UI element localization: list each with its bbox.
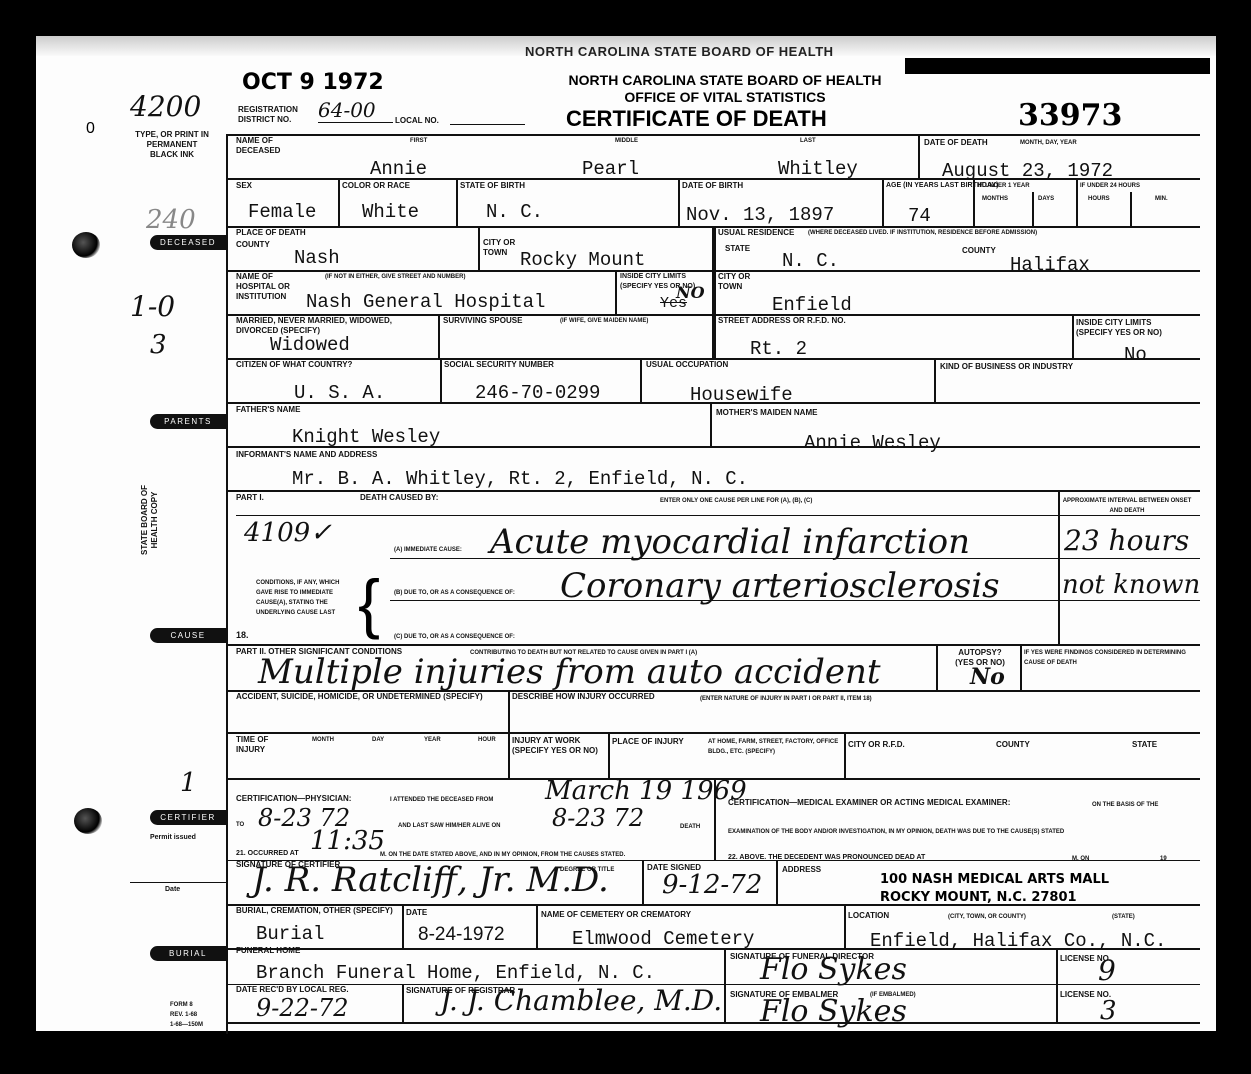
middle-name: Pearl	[582, 158, 639, 180]
sex-label: SEX	[236, 181, 252, 191]
spouse-hint: (IF WIFE, GIVE MAIDEN NAME)	[560, 316, 648, 326]
hospital: Nash General Hospital	[306, 291, 545, 313]
received-stamp: OCT 9 1972	[242, 70, 384, 95]
cause-a-label: (a) IMMEDIATE CAUSE:	[394, 545, 462, 555]
tab-burial: BURIAL	[150, 946, 226, 961]
form-title: CERTIFICATE OF DEATH	[566, 106, 827, 132]
business-label: KIND OF BUSINESS OR INDUSTRY	[940, 362, 1073, 372]
date-label: Date	[165, 885, 180, 895]
sex: Female	[248, 201, 316, 223]
death-label: DEATH	[680, 822, 700, 832]
me-label: CERTIFICATION—MEDICAL EXAMINER OR ACTING…	[728, 798, 1010, 808]
injury-at-work-label: INJURY AT WORK (SPECIFY YES OR NO)	[512, 736, 607, 756]
address-line2: ROCKY MOUNT, N.C. 27801	[880, 890, 1077, 905]
marital-label: MARRIED, NEVER MARRIED, WIDOWED, DIVORCE…	[236, 316, 436, 336]
time-of-injury-label: TIME OF INJURY	[236, 735, 286, 755]
cause-b-label: (b) DUE TO, OR AS A CONSEQUENCE OF:	[394, 588, 515, 598]
margin-mark: 0	[86, 120, 95, 138]
registration-label: REGISTRATION DISTRICT NO.	[238, 105, 318, 125]
other-conditions: Multiple injuries from auto accident	[258, 652, 881, 692]
occurred-label: 21. OCCURRED AT	[236, 849, 299, 859]
cemetery-label: NAME OF CEMETERY OR CREMATORY	[541, 910, 691, 920]
res-county-label: COUNTY	[962, 246, 996, 256]
me-text1: ON THE BASIS OF THE	[1092, 800, 1158, 810]
res-inside-city-label: INSIDE CITY LIMITS (SPECIFY YES OR NO)	[1076, 318, 1176, 338]
attended-from: March 19 1969	[545, 776, 747, 806]
funeral-home: Branch Funeral Home, Enfield, N. C.	[256, 962, 655, 984]
residence-city: Enfield	[772, 294, 852, 316]
state-of-birth: N. C.	[486, 201, 543, 223]
place-of-injury-label: PLACE OF INJURY	[612, 737, 684, 747]
occurred-time: 11:35	[310, 826, 385, 856]
ink-instruction: TYPE, OR PRINT INPERMANENTBLACK INK	[122, 130, 222, 160]
name-label: NAME OF DECEASED	[236, 136, 296, 156]
date-of-death-label: DATE OF DEATH	[924, 138, 988, 148]
item-18: 18.	[236, 630, 249, 640]
cause-b-interval: not known	[1062, 570, 1200, 600]
attended-from-label: I ATTENDED THE DECEASED FROM	[390, 795, 493, 805]
accident-label: ACCIDENT, SUICIDE, HOMICIDE, OR UNDETERM…	[236, 692, 496, 702]
immediate-cause: Acute myocardial infarction	[490, 522, 970, 562]
months-label: MONTHS	[982, 194, 1008, 204]
handwritten-number: 4200	[130, 90, 201, 123]
punch-hole-bottom	[74, 808, 102, 834]
autopsy: No	[970, 664, 1005, 690]
top-strip-text: NORTH CAROLINA STATE BOARD OF HEALTH	[525, 44, 834, 59]
hospital-label: NAME OF HOSPITAL OR INSTITUTION	[236, 272, 306, 302]
age: 74	[908, 205, 931, 227]
registrar-signature: J. J. Chamblee, M.D.	[440, 984, 722, 1017]
ssn-label: SOCIAL SECURITY NUMBER	[444, 360, 554, 370]
informant-label: INFORMANT'S NAME AND ADDRESS	[236, 450, 377, 460]
date-signed: 9-12-72	[662, 870, 762, 900]
dob-label: DATE OF BIRTH	[682, 181, 743, 191]
hospital-hint: (IF NOT IN EITHER, GIVE STREET AND NUMBE…	[325, 272, 465, 282]
under-24-hours-label: IF UNDER 24 HOURS	[1080, 181, 1140, 191]
middle-label: MIDDLE	[615, 136, 638, 146]
residence-state: N. C.	[782, 250, 839, 272]
director-license: 9	[1098, 954, 1116, 987]
tab-deceased: DECEASED	[150, 235, 226, 250]
marital-status: Widowed	[270, 334, 350, 356]
last-saw-alive: 8-23 72	[552, 804, 644, 832]
burial-date-label: DATE	[406, 908, 427, 918]
date-of-death-hint: MONTH, DAY, YEAR	[1020, 138, 1077, 148]
date-of-birth: Nov. 13, 1897	[686, 204, 834, 226]
residence-hint: (WHERE DECEASED LIVED. IF INSTITUTION, R…	[808, 228, 1037, 238]
cause-instruction: ENTER ONLY ONE CAUSE PER LINE FOR (a), (…	[660, 496, 812, 506]
place-of-injury-hint: AT HOME, FARM, STREET, FACTORY, OFFICE B…	[708, 737, 848, 757]
top-black-bar	[905, 58, 1210, 74]
me-text3: 22. ABOVE. THE DECEDENT WAS PRONOUNCED D…	[728, 853, 925, 863]
tab-parents: PARENTS	[150, 414, 226, 429]
occupation-label: USUAL OCCUPATION	[646, 360, 728, 370]
res-city-label: CITY OR TOWN	[718, 272, 758, 292]
punch-hole-top	[72, 232, 100, 258]
last-label: LAST	[800, 136, 816, 146]
hours-label: HOURS	[1088, 194, 1110, 204]
caused-by-label: DEATH CAUSED BY:	[360, 493, 438, 503]
city: Rocky Mount	[520, 249, 645, 271]
director-signature: Flo Sykes	[760, 952, 907, 987]
disposition-label: BURIAL, CREMATION, OTHER (SPECIFY)	[236, 906, 393, 916]
local-no-label: LOCAL NO.	[395, 116, 439, 126]
registration-district-no: 64-00	[318, 98, 376, 122]
findings-label: IF YES WERE FINDINGS CONSIDERED IN DETER…	[1024, 648, 1194, 668]
brace: {	[358, 565, 380, 641]
min-label: MIN.	[1155, 194, 1168, 204]
res-state-label: STATE	[725, 244, 750, 254]
county-label: COUNTY	[236, 240, 270, 250]
residence-inside-city: No	[1124, 344, 1147, 366]
part1-label: PART I.	[236, 493, 264, 503]
occurred-tail: M. ON THE DATE STATED ABOVE, AND IN MY O…	[380, 850, 625, 860]
inside-city-limits: NO	[676, 283, 705, 302]
injury-state-label: STATE	[1132, 740, 1157, 750]
interval-label: APPROXIMATE INTERVAL BETWEEN ONSET AND D…	[1062, 496, 1192, 516]
margin-note-1-0: 1-0	[130, 290, 175, 323]
agency-line2: OFFICE OF VITAL STATISTICS	[540, 89, 910, 105]
certificate-number: 33973	[1018, 98, 1122, 133]
first-label: FIRST	[410, 136, 427, 146]
mother-maiden-name: Annie Wesley	[804, 432, 941, 454]
race: White	[362, 201, 419, 223]
copy-label: STATE BOARD OF HEALTH COPY	[140, 480, 160, 560]
state-of-birth-label: STATE OF BIRTH	[460, 181, 525, 191]
cause-code: 4109✓	[244, 518, 332, 548]
physician-label: CERTIFICATION—PHYSICIAN:	[236, 794, 351, 804]
time-month-label: MONTH	[312, 735, 334, 745]
location-hint: (CITY, TOWN, OR COUNTY)	[948, 912, 1026, 922]
last-saw-label: AND LAST SAW HIM/HER ALIVE ON	[398, 821, 500, 831]
father-label: FATHER'S NAME	[236, 405, 300, 415]
city-label: CITY OR TOWN	[483, 238, 523, 258]
address-label: ADDRESS	[782, 865, 821, 875]
time-hour-label: HOUR	[478, 735, 496, 745]
city-rfd-label: CITY OR R.F.D.	[848, 740, 905, 750]
last-name: Whitley	[778, 158, 858, 180]
race-label: COLOR OR RACE	[342, 181, 410, 191]
residence-county: Halifax	[1010, 254, 1090, 276]
cause-c-label: (c) DUE TO, OR AS A CONSEQUENCE OF:	[394, 632, 515, 642]
location-state-hint: (STATE)	[1112, 912, 1135, 922]
time-year-label: YEAR	[424, 735, 441, 745]
margin-note-1: 1	[180, 768, 197, 798]
tab-certifier: CERTIFIER	[150, 810, 226, 825]
me-text2: EXAMINATION OF THE BODY AND/OR INVESTIGA…	[728, 827, 1064, 837]
ssn: 246-70-0299	[475, 382, 600, 404]
margin-note-3: 3	[150, 330, 167, 360]
informant: Mr. B. A. Whitley, Rt. 2, Enfield, N. C.	[292, 468, 748, 490]
me-text4: M. ON	[1072, 854, 1089, 864]
injury-desc-label: DESCRIBE HOW INJURY OCCURRED	[512, 692, 655, 702]
to-label: TO	[236, 820, 244, 830]
mother-label: MOTHER'S MAIDEN NAME	[716, 408, 817, 418]
burial-date: 8-24-1972	[418, 924, 505, 946]
certifier-signature: J. R. Ratcliff, Jr. M.D.	[252, 860, 609, 900]
agency-line1: NORTH CAROLINA STATE BOARD OF HEALTH	[540, 72, 910, 88]
street: Rt. 2	[750, 338, 807, 360]
me-text5: 19	[1160, 854, 1167, 864]
cemetery: Elmwood Cemetery	[572, 928, 754, 950]
citizenship: U. S. A.	[294, 382, 385, 404]
residence-label: USUAL RESIDENCE	[718, 228, 794, 238]
form-info: FORM 8REV. 1-681-68—150M	[170, 1000, 203, 1030]
margin-note-240: 240	[146, 205, 196, 235]
citizen-label: CITIZEN OF WHAT COUNTRY?	[236, 360, 352, 370]
degree-label: DEGREE OR TITLE	[560, 865, 614, 875]
father-name: Knight Wesley	[292, 426, 440, 448]
conditions-label: CONDITIONS, IF ANY, WHICH GAVE RISE TO I…	[256, 578, 356, 618]
permit-issued: Permit issued	[150, 833, 196, 843]
days-label: DAYS	[1038, 194, 1054, 204]
spouse-label: SURVIVING SPOUSE	[443, 316, 522, 326]
time-day-label: DAY	[372, 735, 384, 745]
location-label: LOCATION	[848, 911, 889, 921]
place-of-death-label: PLACE OF DEATH	[236, 228, 306, 238]
date-received: 9-22-72	[256, 994, 349, 1022]
county: Nash	[294, 247, 340, 269]
under-1-year-label: IF UNDER 1 YEAR	[978, 181, 1030, 191]
tab-cause: CAUSE	[150, 628, 226, 643]
funeral-home-label: FUNERAL HOME	[236, 946, 300, 956]
disposition: Burial	[256, 923, 324, 945]
address-line1: 100 NASH MEDICAL ARTS MALL	[880, 872, 1109, 887]
injury-county-label: COUNTY	[996, 740, 1030, 750]
injury-desc-hint: (ENTER NATURE OF INJURY IN PART I OR PAR…	[700, 694, 872, 704]
cause-a-interval: 23 hours	[1064, 524, 1189, 557]
first-name: Annie	[370, 158, 427, 180]
street-label: STREET ADDRESS OR R.F.D. No.	[718, 316, 846, 326]
